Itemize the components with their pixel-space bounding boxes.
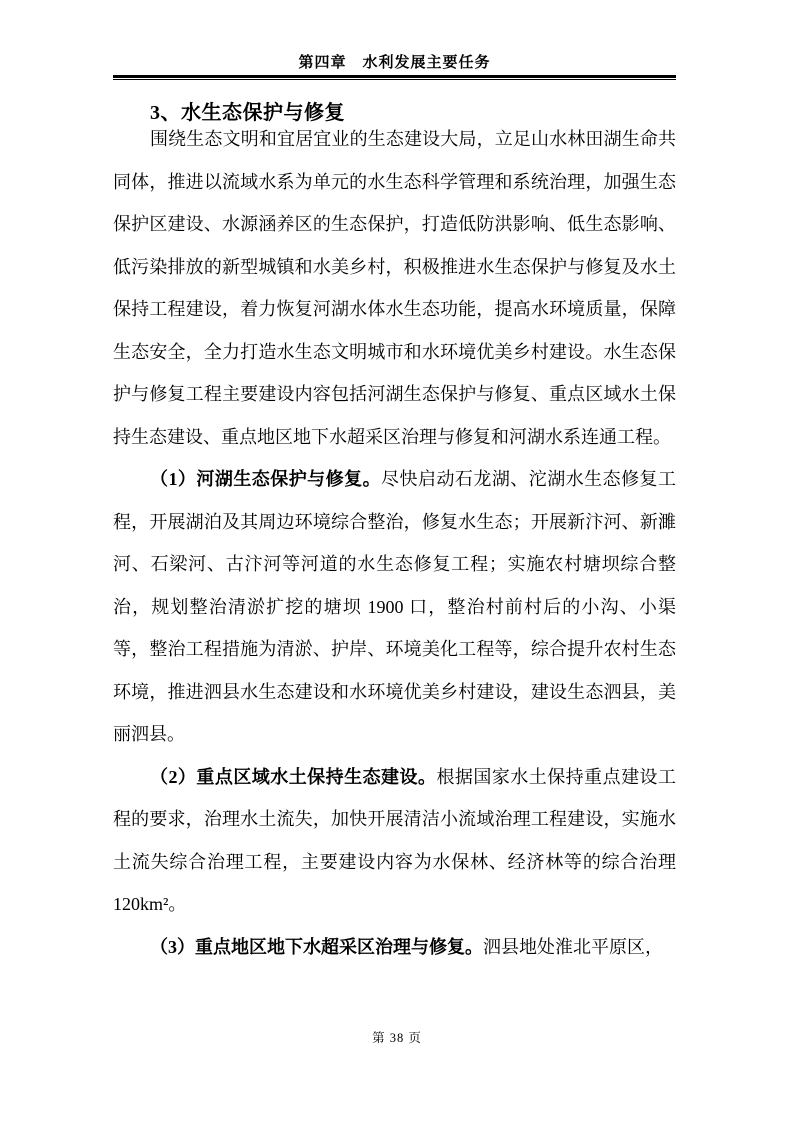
page-number: 第 38 页 xyxy=(372,1031,422,1045)
header-rule xyxy=(113,75,676,80)
document-body: 围绕生态文明和宜居宜业的生态建设大局，立足山水林田湖生命共同体，推进以流域水系为… xyxy=(113,118,676,968)
paragraph-text: 尽快启动石龙湖、沱湖水生态修复工程，开展湖泊及其周边环境综合整治，修复水生态；开… xyxy=(113,469,676,744)
header-rule-thick-line xyxy=(113,75,676,78)
paragraph-text: 围绕生态文明和宜居宜业的生态建设大局，立足山水林田湖生命共同体，推进以流域水系为… xyxy=(113,129,676,447)
chapter-header-title: 第四章 水利发展主要任务 xyxy=(113,51,676,72)
paragraph-text: 根据国家水土保持重点建设工程的要求，治理水土流失，加快开展清洁小流域治理工程建设… xyxy=(113,767,676,915)
paragraph-item-2: （2）重点区域水土保持生态建设。根据国家水土保持重点建设工程的要求，治理水土流失… xyxy=(113,756,676,926)
paragraph-lead: （1）河湖生态保护与修复。 xyxy=(150,469,381,489)
paragraph-lead: （2）重点区域水土保持生态建设。 xyxy=(150,767,436,787)
header-rule-thin-line xyxy=(113,79,676,80)
document-page: 第四章 水利发展主要任务 3、水生态保护与修复 围绕生态文明和宜居宜业的生态建设… xyxy=(0,0,794,1122)
page-footer: 第 38 页 xyxy=(0,1028,794,1046)
paragraph-item-1: （1）河湖生态保护与修复。尽快启动石龙湖、沱湖水生态修复工程，开展湖泊及其周边环… xyxy=(113,458,676,756)
paragraph-lead: （3）重点地区地下水超采区治理与修复。 xyxy=(150,937,483,957)
paragraph-intro: 围绕生态文明和宜居宜业的生态建设大局，立足山水林田湖生命共同体，推进以流域水系为… xyxy=(113,118,676,458)
paragraph-item-3: （3）重点地区地下水超采区治理与修复。泗县地处淮北平原区， xyxy=(113,926,676,969)
paragraph-text: 泗县地处淮北平原区， xyxy=(483,937,663,957)
